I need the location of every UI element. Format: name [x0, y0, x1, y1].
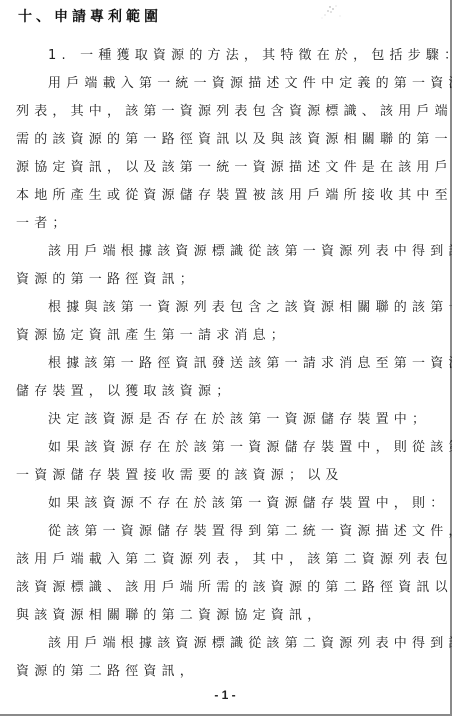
claim-text-line: 該用戶端根據該資源標識從該第二資源列表中得到該: [48, 632, 452, 651]
claim-text-line: 資源的第二路徑資訊，: [16, 660, 198, 679]
claim-text-line: 一者；: [16, 212, 71, 231]
page-number: - 1 -: [0, 688, 450, 702]
scan-speckle-icon: [318, 4, 344, 20]
claim-text-line: 源協定資訊，以及該第一統一資源描述文件是在該用戶端: [16, 156, 452, 175]
claim-text-line: 資源協定資訊產生第一請求消息；: [16, 324, 289, 343]
claim-text-line: 如果該資源不存在於該第一資源儲存裝置中，則：: [48, 492, 448, 511]
claim-text-line: 一資源儲存裝置接收需要的該資源；以及: [16, 464, 344, 483]
claim-text-line: 列表，其中，該第一資源列表包含資源標識、該用戶端所: [16, 100, 452, 119]
claim-text-line: 從該第一資源儲存裝置得到第二統一資源描述文件，: [48, 520, 452, 539]
claim-text-line: 該資源標識、該用戶端所需的該資源的第二路徑資訊以及: [16, 576, 452, 595]
claim-text-line: 本地所產生或從資源儲存裝置被該用戶端所接收其中至少: [16, 184, 452, 203]
claim-text-line: 用戶端載入第一統一資源描述文件中定義的第一資源: [48, 72, 452, 91]
claim-text-line: 儲存裝置，以獲取該資源；: [16, 380, 234, 399]
claim-text-line: 如果該資源存在於該第一資源儲存裝置中，則從該第: [48, 436, 452, 455]
document-page: 十、申請專利範圍 1. 一種獲取資源的方法，其特徵在於，包括步驟：用戶端載入第一…: [0, 0, 452, 716]
claim-text-line: 1. 一種獲取資源的方法，其特徵在於，包括步驟：: [48, 44, 452, 63]
claim-text-line: 根據與該第一資源列表包含之該資源相關聯的該第一: [48, 296, 452, 315]
claim-text-line: 該用戶端載入第二資源列表，其中，該第二資源列表包含: [16, 548, 452, 567]
claim-text-line: 資源的第一路徑資訊；: [16, 268, 198, 287]
claim-text-line: 根據該第一路徑資訊發送該第一請求消息至第一資源: [48, 352, 452, 371]
claim-text-line: 決定該資源是否存在於該第一資源儲存裝置中；: [48, 408, 430, 427]
claim-text-line: 該用戶端根據該資源標識從該第一資源列表中得到該: [48, 240, 452, 259]
claim-text-line: 需的該資源的第一路徑資訊以及與該資源相關聯的第一資: [16, 128, 452, 147]
claim-text-line: 與該資源相關聯的第二資源協定資訊，: [16, 604, 325, 623]
section-heading: 十、申請專利範圍: [18, 6, 162, 26]
